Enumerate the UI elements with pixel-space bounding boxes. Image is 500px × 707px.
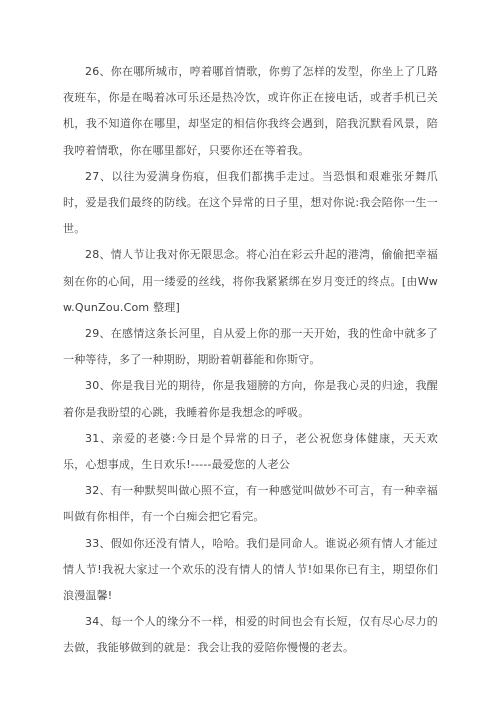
quote-paragraph-31: 31、亲爱的老婆:今日是个异常的日子，老公祝您身体健康，天天欢乐，心想事成，生日… (63, 426, 438, 478)
quote-paragraph-29: 29、在感情这条长河里，自从爱上你的那一天开始，我的性命中就多了一种等待，多了一… (63, 321, 438, 373)
quote-paragraph-30: 30、你是我目光的期待，你是我翅膀的方向，你是我心灵的归途，我醒着你是我盼望的心… (63, 373, 438, 425)
document-page: 26、你在哪所城市，哼着哪首情歌，你剪了怎样的发型，你坐上了几路夜班车，你是在喝… (0, 0, 500, 707)
quote-paragraph-27: 27、以往为爱满身伤痕，但我们都携手走过。当恐惧和艰难张牙舞爪时，爱是我们最终的… (63, 164, 438, 243)
quote-paragraph-33: 33、假如你还没有情人，哈哈。我们是同命人。谁说必须有情人才能过情人节!我祝大家… (63, 531, 438, 610)
quote-paragraph-34: 34、每一个人的缘分不一样，相爱的时间也会有长短，仅有尽心尽力的去做，我能够做到… (63, 609, 438, 661)
quote-paragraph-32: 32、有一种默契叫做心照不宣，有一种感觉叫做妙不可言，有一种幸福叫做有你相伴，有… (63, 478, 438, 530)
quote-paragraph-28: 28、情人节让我对你无限思念。将心泊在彩云升起的港湾，偷偷把幸福刻在你的心间，用… (63, 242, 438, 321)
quote-paragraph-26: 26、你在哪所城市，哼着哪首情歌，你剪了怎样的发型，你坐上了几路夜班车，你是在喝… (63, 59, 438, 164)
